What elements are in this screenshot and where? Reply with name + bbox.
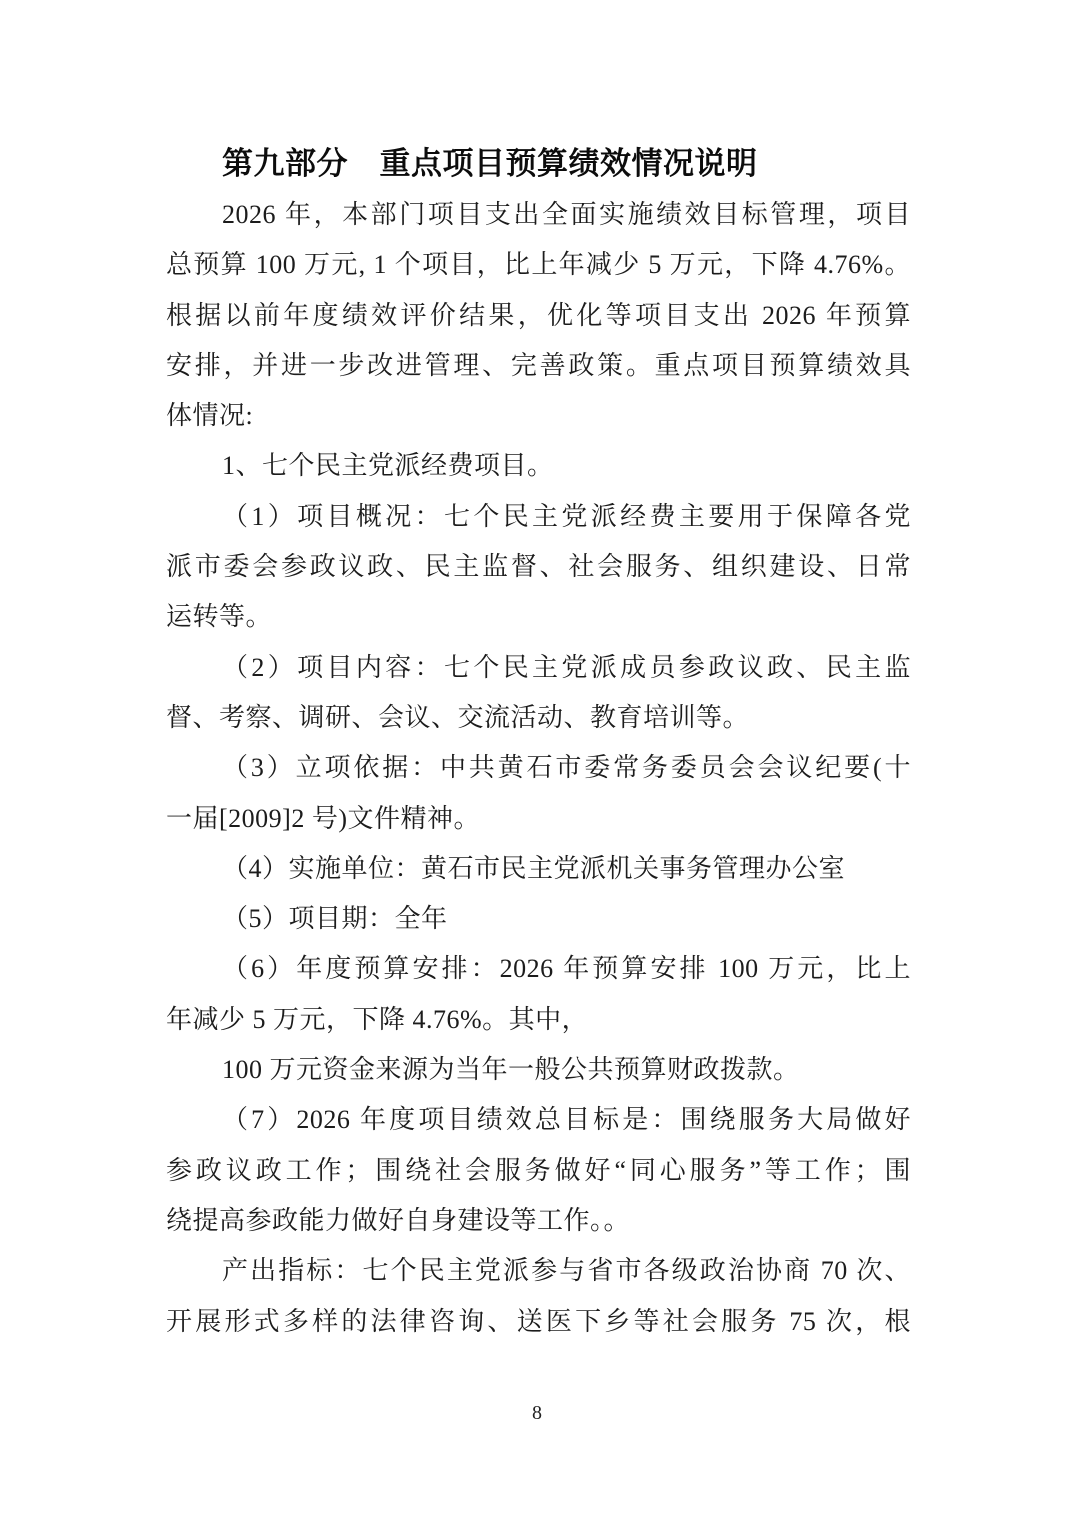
body-line: 总预算 100 万元, 1 个项目，比上年减少 5 万元，下降 4.76%。 bbox=[166, 240, 911, 290]
body-line: 绕提高参政能力做好自身建设等工作。。 bbox=[166, 1196, 911, 1246]
body-line: 安排，并进一步改进管理、完善政策。重点项目预算绩效具 bbox=[166, 341, 911, 391]
body-line: 一届[2009]2 号)文件精神。 bbox=[166, 794, 911, 844]
body-line: 参政议政工作；围绕社会服务做好“同心服务”等工作；围 bbox=[166, 1146, 911, 1196]
body-line: 年减少 5 万元，下降 4.76%。其中， bbox=[166, 995, 911, 1045]
body-line: 体情况: bbox=[166, 391, 911, 441]
body-line: （5）项目期：全年 bbox=[166, 894, 911, 944]
body-line: 运转等。 bbox=[166, 592, 911, 642]
body-line: 开展形式多样的法律咨询、送医下乡等社会服务 75 次，根 bbox=[166, 1297, 911, 1347]
page-title: 第九部分 重点项目预算绩效情况说明 bbox=[166, 138, 911, 190]
body-line: （2）项目内容：七个民主党派成员参政议政、民主监 bbox=[166, 643, 911, 693]
body-line: 产出指标：七个民主党派参与省市各级政治协商 70 次、 bbox=[166, 1246, 911, 1296]
document-content: 第九部分 重点项目预算绩效情况说明 2026 年，本部门项目支出全面实施绩效目标… bbox=[166, 138, 911, 1347]
body-line: （7）2026 年度项目绩效总目标是：围绕服务大局做好 bbox=[166, 1095, 911, 1145]
body-line: 2026 年，本部门项目支出全面实施绩效目标管理，项目 bbox=[166, 190, 911, 240]
body-line: 100 万元资金来源为当年一般公共预算财政拨款。 bbox=[166, 1045, 911, 1095]
document-page: 第九部分 重点项目预算绩效情况说明 2026 年，本部门项目支出全面实施绩效目标… bbox=[0, 0, 1074, 1520]
body-line: 根据以前年度绩效评价结果，优化等项目支出 2026 年预算 bbox=[166, 291, 911, 341]
body-line: （4）实施单位：黄石市民主党派机关事务管理办公室 bbox=[166, 844, 911, 894]
body-line: （6）年度预算安排：2026 年预算安排 100 万元，比上 bbox=[166, 944, 911, 994]
page-number: 8 bbox=[0, 1398, 1074, 1428]
body-line: （3）立项依据：中共黄石市委常务委员会会议纪要(十 bbox=[166, 743, 911, 793]
body-line: （1）项目概况：七个民主党派经费主要用于保障各党 bbox=[166, 492, 911, 542]
body-line: 1、七个民主党派经费项目。 bbox=[166, 441, 911, 491]
body-line: 督、考察、调研、会议、交流活动、教育培训等。 bbox=[166, 693, 911, 743]
body-line: 派市委会参政议政、民主监督、社会服务、组织建设、日常 bbox=[166, 542, 911, 592]
